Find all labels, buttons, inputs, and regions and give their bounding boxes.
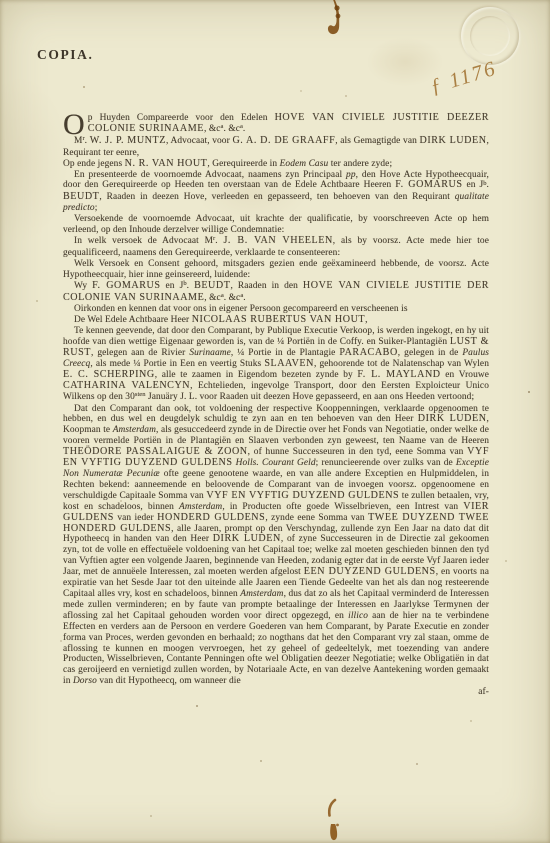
- text-segment: E. C. SCHERPING: [63, 369, 155, 380]
- text-segment: DIRK LUDEN: [419, 135, 486, 146]
- text-segment: . &c: [223, 124, 240, 134]
- drop-cap: O: [63, 113, 88, 135]
- text-segment: ; renuncieerende over zulks van de: [316, 458, 456, 468]
- text-segment: En presenteerde de voornoemde Advocaat, …: [74, 170, 346, 180]
- text-segment: Dorso: [73, 676, 97, 686]
- text-segment: Versoekende de voornoemde Advocaat, uit …: [63, 214, 489, 235]
- text-segment: BEUDT: [194, 280, 230, 291]
- text-segment: W. J. P. MUNTZ: [90, 135, 166, 146]
- text-segment: DIRK LUDEN: [213, 533, 281, 544]
- paragraph-11: Te kennen geevende, dat door den Compara…: [63, 326, 489, 403]
- text-segment: ,: [365, 315, 367, 325]
- text-segment: .: [243, 124, 245, 134]
- text-segment: Eodem Casu: [280, 159, 329, 169]
- text-segment: , of hunne Successeuren in den tyd, eene…: [248, 447, 468, 457]
- text-segment: Welk Versoek en Consent gehoord, mitsgad…: [63, 259, 489, 280]
- text-segment: , gelegen aan de Rivier: [91, 348, 189, 358]
- paragraph-1: Op Huyden Compareerde voor den Edelen HO…: [63, 113, 489, 136]
- text-segment: . &c: [224, 293, 241, 303]
- text-segment: , Advocaat, voor: [166, 136, 233, 146]
- text-segment: en Vrouwe: [441, 370, 489, 380]
- text-segment: F. L. MAYLAND: [357, 369, 440, 380]
- text-segment: BEUDT: [63, 191, 99, 202]
- paragraph-2: Mr. W. J. P. MUNTZ, Advocaat, voor G. A.…: [63, 136, 489, 159]
- text-segment: SLAAVEN: [264, 358, 314, 369]
- text-segment: Amsterdam: [179, 502, 222, 512]
- text-segment: en J: [161, 281, 184, 291]
- text-segment: , Raaden in den: [230, 281, 302, 291]
- paragraph-5: Versoekende de voornoemde Advocaat, uit …: [63, 214, 489, 236]
- text-segment: Wy: [74, 281, 92, 291]
- catchword: af-: [63, 687, 489, 698]
- text-segment: p Huyden Compareerde voor den Edelen: [88, 113, 275, 123]
- text-segment: pp: [346, 170, 356, 180]
- text-segment: , ¼ Portie in de Plantagie: [231, 348, 339, 358]
- text-segment: N. R. VAN HOUT: [125, 158, 208, 169]
- text-segment: a: [240, 292, 243, 299]
- text-segment: .: [187, 281, 194, 291]
- text-segment: , Gerequireerde in: [207, 159, 279, 169]
- text-segment: DIRK LUDEN: [418, 413, 487, 424]
- paper-specks: [0, 0, 2, 2]
- text-segment: a: [240, 123, 243, 130]
- text-segment: van ieder: [114, 513, 157, 523]
- paragraph-10: De Wel Edele Achtbaare Heer NICOLAAS RUB…: [63, 315, 489, 326]
- text-segment: Op ende jegens: [63, 159, 125, 169]
- text-segment: b: [483, 180, 486, 187]
- text-segment: , &c: [204, 293, 221, 303]
- text-segment: , Raaden in deezen Hove, verleeden en ge…: [99, 192, 454, 202]
- text-segment: G. A. D. DE GRAAFF: [232, 135, 335, 146]
- text-segment: De Wel Edele Achtbaare Heer: [74, 315, 192, 325]
- text-segment: Te kennen geevende, dat door den Compara…: [63, 326, 489, 347]
- paragraph-8: Wy F. GOMARUS en Jb. BEUDT, Raaden in de…: [63, 281, 489, 305]
- text-segment: CATHARINA VALENCYN: [63, 380, 190, 391]
- text-segment: aan de hier na te verbindene Effecten en…: [63, 611, 489, 686]
- text-segment: Januäry J. L. voor Raaden uit deezen Hov…: [146, 392, 475, 402]
- text-segment: r: [82, 135, 84, 142]
- text-segment: , zynde eene Somma van: [265, 513, 368, 523]
- text-segment: F. GOMARUS: [92, 280, 160, 291]
- text-segment: Surinaame: [189, 348, 231, 358]
- text-segment: PARACABO: [339, 347, 397, 358]
- text-segment: , gelegen in de: [398, 348, 463, 358]
- copia-label: COPIA.: [37, 47, 93, 63]
- text-segment: THEÖDORE PASSALAIGUE & ZOON: [63, 446, 248, 457]
- text-segment: .: [243, 293, 245, 303]
- text-segment: a: [221, 123, 224, 130]
- text-segment: , gehoorende tot de Nalatenschap van Wyl…: [314, 359, 489, 369]
- paragraph-3: Op ende jegens N. R. VAN HOUT, Gerequire…: [63, 159, 489, 170]
- paragraph-12: Dat den Comparant dan ook, tot voldoenin…: [63, 404, 489, 688]
- ink-blot-icon: [318, 798, 348, 843]
- document-body: Op Huyden Compareerde voor den Edelen HO…: [63, 113, 489, 698]
- text-segment: VYF EN VYFTIG DUYZEND GULDENS: [206, 490, 399, 501]
- text-segment: r: [213, 235, 215, 242]
- text-segment: , &c: [204, 124, 221, 134]
- text-segment: In welk versoek de Advocaat M: [74, 236, 213, 246]
- text-segment: , als Gemagtigde van: [335, 136, 419, 146]
- document-page: COPIA. ƒ 1176 Op Huyden Compareerde voor…: [0, 0, 550, 843]
- text-segment: ;: [95, 203, 98, 213]
- text-segment: Holls. Courant Geld: [236, 458, 316, 468]
- text-segment: Oirkonden en kennen dat voor ons in eige…: [74, 304, 408, 314]
- text-segment: b: [183, 280, 186, 287]
- text-segment: F. GOMARUS: [395, 179, 462, 190]
- text-segment: , in Producten ofte goede Wisselbrieven,…: [222, 502, 463, 512]
- text-segment: a: [221, 292, 224, 299]
- paragraph-7: Welk Versoek en Consent gehoord, mitsgad…: [63, 259, 489, 281]
- text-segment: illico: [348, 611, 368, 621]
- text-segment: HONDERD GULDENS: [157, 512, 265, 523]
- text-segment: Amsterdam: [240, 589, 283, 599]
- text-segment: EEN DUYZEND GULDENS: [304, 566, 436, 577]
- text-segment: , als mede ¼ Portie in Een en veertig St…: [90, 359, 264, 369]
- text-segment: NICOLAAS RUBERTUS VAN HOUT: [192, 314, 365, 325]
- text-segment: sten: [135, 391, 146, 398]
- ink-blot-icon: [327, 0, 347, 42]
- text-segment: ter andere zyde;: [328, 159, 392, 169]
- text-segment: van dit Hypotheecq, om wanneer die: [97, 676, 241, 686]
- paragraph-4: En presenteerde de voornoemde Advocaat, …: [63, 170, 489, 215]
- text-segment: Amsterdam: [113, 425, 156, 435]
- text-segment: , alle te zaamen in Eigendom bezeten zyn…: [155, 370, 358, 380]
- paragraph-6: In welk versoek de Advocaat Mr. J. B. VA…: [63, 236, 489, 259]
- text-segment: J. B. VAN VHEELEN: [223, 235, 332, 246]
- text-segment: en J: [463, 180, 484, 190]
